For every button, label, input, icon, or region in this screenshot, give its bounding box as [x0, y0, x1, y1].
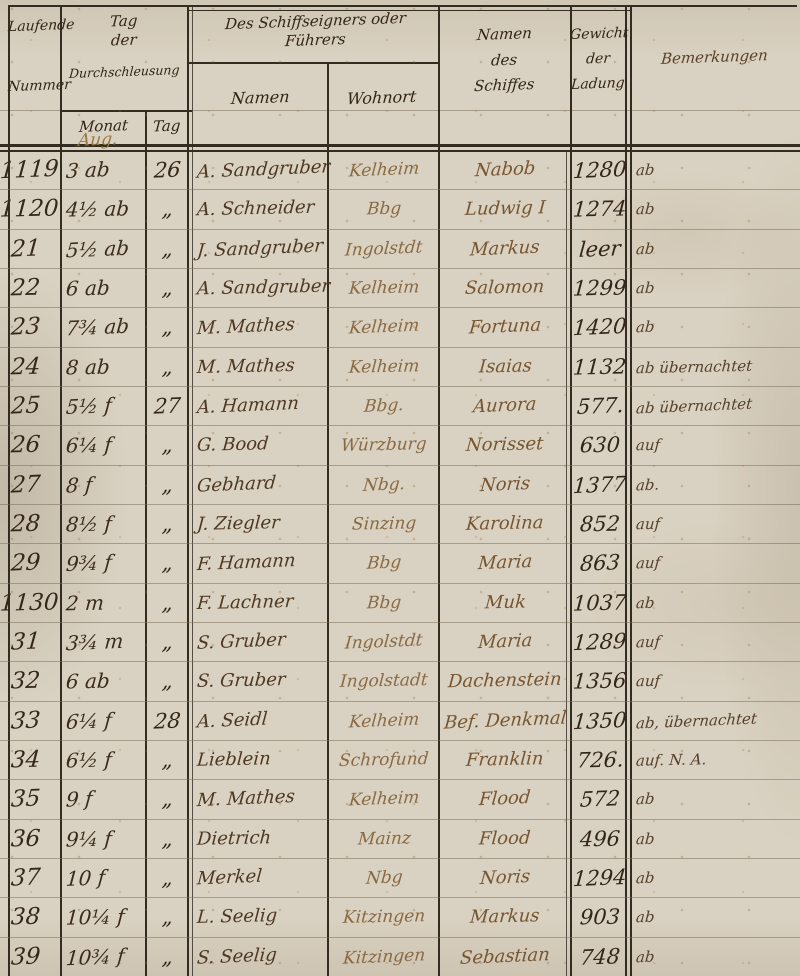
- table-rule-owner-sub: [187, 62, 438, 64]
- cell-running-number: 34: [0, 742, 52, 778]
- cell-lockage-time: 5½ ab: [66, 231, 148, 267]
- cell-lockage-time: 8 ab: [66, 349, 148, 385]
- cell-cargo-weight: 1377: [571, 467, 629, 503]
- header-ship-l2: des: [490, 47, 518, 73]
- cell-ship-name: Flood: [441, 781, 569, 817]
- cell-owner-home: Ingolstdt: [330, 624, 438, 660]
- cell-lockage-time: 9¼ f: [66, 821, 148, 857]
- cell-cargo-weight: 852: [571, 506, 629, 542]
- cell-owner-name: M. Mathes: [197, 309, 329, 345]
- header-day-title-l3: Durchschleusung: [68, 62, 180, 82]
- cell-cargo-weight: 1037: [571, 585, 629, 621]
- cell-owner-home: Kelheim: [330, 703, 438, 739]
- cell-ship-name: Dachenstein: [441, 663, 569, 699]
- header-owner-home-label: Wohnort: [347, 87, 418, 109]
- cell-lockage-day: „: [147, 427, 187, 463]
- cell-running-number: 25: [0, 388, 52, 424]
- header-number-column: Laufende Nummer: [8, 18, 60, 95]
- ledger-row: 25 5½ f 27 A. Hamann Bbg. Aurora 577. ab…: [0, 386, 800, 426]
- cell-owner-home: Kelheim: [330, 781, 438, 817]
- cell-owner-home: Würzburg: [330, 427, 438, 463]
- cell-lockage-day: „: [147, 467, 187, 503]
- ledger-row: 24 8 ab „ M. Mathes Kelheim Isaias 1132 …: [0, 347, 800, 387]
- cell-remark: ab: [636, 191, 796, 227]
- cell-running-number: 1120: [0, 191, 52, 227]
- header-day-title-l1: Tag: [110, 11, 139, 31]
- cell-lockage-day: „: [147, 663, 187, 699]
- ledger-row: 1120 4½ ab „ A. Schneider Bbg Ludwig I 1…: [0, 189, 800, 229]
- cell-owner-home: Bbg: [330, 545, 438, 581]
- cell-lockage-day: „: [147, 939, 187, 975]
- cell-cargo-weight: leer: [571, 231, 629, 267]
- cell-ship-name: Fortuna: [441, 309, 569, 345]
- cell-remark: auf: [636, 624, 796, 660]
- cell-remark: auf. N. A.: [636, 742, 796, 778]
- cell-remark: ab: [636, 860, 796, 896]
- cell-remark: auf: [636, 427, 796, 463]
- cell-remark: ab übernachtet: [636, 388, 796, 424]
- cell-running-number: 26: [0, 427, 52, 463]
- cell-cargo-weight: 1350: [571, 703, 629, 739]
- cell-lockage-time: 6½ f: [66, 742, 148, 778]
- cell-remark: ab: [636, 270, 796, 306]
- cell-owner-home: Nbg.: [330, 467, 438, 503]
- cell-ship-name: Ludwig I: [441, 191, 569, 227]
- ledger-row: 32 6 ab „ S. Gruber Ingolstadt Dachenste…: [0, 661, 800, 701]
- cell-owner-name: A. Schneider: [197, 191, 329, 227]
- ledger-row: 37 10 f „ Merkel Nbg Noris 1294 ab: [0, 858, 800, 898]
- cell-ship-name: Muk: [441, 585, 569, 621]
- ledger-row: 33 6¼ f 28 A. Seidl Kelheim Bef. Denkmal…: [0, 701, 800, 741]
- cell-lockage-time: 5½ f: [66, 388, 148, 424]
- cell-ship-name: Maria: [441, 624, 569, 660]
- cell-owner-home: Kelheim: [330, 309, 438, 345]
- cell-owner-home: Kitzingen: [330, 939, 438, 975]
- cell-lockage-day: „: [147, 585, 187, 621]
- cell-running-number: 36: [0, 821, 52, 857]
- ledger-row: 35 9 f „ M. Mathes Kelheim Flood 572 ab: [0, 779, 800, 819]
- cell-owner-name: F. Lachner: [197, 585, 329, 621]
- cell-owner-home: Kitzingen: [330, 899, 438, 935]
- cell-owner-name: J. Ziegler: [197, 506, 329, 542]
- cell-cargo-weight: 1356: [571, 663, 629, 699]
- cell-lockage-time: 8½ f: [66, 506, 148, 542]
- cell-owner-home: Bbg: [330, 585, 438, 621]
- cell-remark: auf: [636, 506, 796, 542]
- cell-running-number: 23: [0, 309, 52, 345]
- header-day-subcolumn: Tag: [147, 117, 187, 136]
- cell-cargo-weight: 496: [571, 821, 629, 857]
- cell-lockage-day: 28: [147, 703, 187, 739]
- cell-ship-name: Bef. Denkmal: [441, 703, 569, 739]
- cell-lockage-time: 7¾ ab: [66, 309, 148, 345]
- cell-owner-home: Nbg: [330, 860, 438, 896]
- ledger-row: 38 10¼ f „ L. Seelig Kitzingen Markus 90…: [0, 897, 800, 937]
- cell-ship-name: Sebastian: [441, 939, 569, 975]
- cell-lockage-time: 8 f: [66, 467, 148, 503]
- cell-cargo-weight: 577.: [571, 388, 629, 424]
- ledger-row: 28 8½ f „ J. Ziegler Sinzing Karolina 85…: [0, 504, 800, 544]
- cell-remark: ab: [636, 152, 796, 188]
- cell-owner-name: M. Mathes: [197, 349, 329, 385]
- ledger-row: 29 9¾ f „ F. Hamann Bbg Maria 863 auf: [0, 543, 800, 583]
- header-shipowner-l2: Führers: [284, 30, 346, 51]
- cell-running-number: 29: [0, 545, 52, 581]
- cell-lockage-time: 4½ ab: [66, 191, 148, 227]
- ledger-row: 27 8 f „ Gebhard Nbg. Noris 1377 ab.: [0, 465, 800, 505]
- cell-running-number: 33: [0, 703, 52, 739]
- cell-cargo-weight: 903: [571, 899, 629, 935]
- ledger-row: 21 5½ ab „ J. Sandgruber Ingolstdt Marku…: [0, 229, 800, 269]
- cell-remark: ab.: [636, 467, 796, 503]
- cell-cargo-weight: 1274: [571, 191, 629, 227]
- cell-lockage-day: „: [147, 860, 187, 896]
- cell-ship-name: Markus: [441, 899, 569, 935]
- cell-owner-name: A. Seidl: [197, 703, 329, 739]
- cell-owner-name: A. Sandgruber: [197, 152, 329, 188]
- table-rule-top-double: [187, 10, 630, 11]
- cell-owner-name: S. Gruber: [197, 663, 329, 699]
- cell-lockage-day: „: [147, 821, 187, 857]
- cell-ship-name: Franklin: [441, 742, 569, 778]
- cell-ship-name: Maria: [441, 545, 569, 581]
- cell-cargo-weight: 863: [571, 545, 629, 581]
- cell-owner-home: Kelheim: [330, 349, 438, 385]
- cell-owner-name: A. Hamann: [197, 388, 329, 424]
- cell-lockage-day: „: [147, 742, 187, 778]
- header-remarks-label: Bemerkungen: [660, 46, 768, 69]
- cell-lockage-day: „: [147, 545, 187, 581]
- cell-cargo-weight: 1294: [571, 860, 629, 896]
- cell-lockage-time: 10¼ f: [66, 899, 148, 935]
- cell-lockage-day: „: [147, 309, 187, 345]
- cell-running-number: 31: [0, 624, 52, 660]
- cell-running-number: 38: [0, 899, 52, 935]
- cell-remark: auf: [636, 545, 796, 581]
- ledger-row: 31 3¾ m „ S. Gruber Ingolstdt Maria 1289…: [0, 622, 800, 662]
- cell-owner-name: F. Hamann: [197, 545, 329, 581]
- cell-owner-name: G. Bood: [197, 427, 329, 463]
- header-weight-l3: Ladung: [570, 71, 625, 98]
- cell-running-number: 22: [0, 270, 52, 306]
- cell-owner-home: Bbg: [330, 191, 438, 227]
- cell-owner-home: Ingolstdt: [330, 231, 438, 267]
- cell-ship-name: Norisset: [441, 427, 569, 463]
- cell-ship-name: Noris: [441, 467, 569, 503]
- ledger-row: 39 10¾ f „ S. Seelig Kitzingen Sebastian…: [0, 937, 800, 976]
- cell-lockage-day: „: [147, 270, 187, 306]
- cell-ship-name: Karolina: [441, 506, 569, 542]
- ledger-row: 23 7¾ ab „ M. Mathes Kelheim Fortuna 142…: [0, 307, 800, 347]
- cell-lockage-day: „: [147, 624, 187, 660]
- cell-owner-name: Dietrich: [197, 821, 329, 857]
- cell-owner-name: Gebhard: [197, 467, 329, 503]
- cell-cargo-weight: 726.: [571, 742, 629, 778]
- cell-lockage-time: 6¼ f: [66, 427, 148, 463]
- cell-lockage-time: 10 f: [66, 860, 148, 896]
- cell-cargo-weight: 1420: [571, 309, 629, 345]
- month-annotation: Aug.: [78, 130, 118, 150]
- cell-remark: ab, übernachtet: [636, 703, 796, 739]
- header-day-title-l2: der: [111, 30, 138, 50]
- cell-owner-home: Kelheim: [330, 270, 438, 306]
- cell-owner-name: Lieblein: [197, 742, 329, 778]
- cell-running-number: 1119: [0, 152, 52, 188]
- cell-owner-home: Sinzing: [330, 506, 438, 542]
- cell-cargo-weight: 630: [571, 427, 629, 463]
- cell-running-number: 37: [0, 860, 52, 896]
- cell-remark: ab: [636, 939, 796, 975]
- cell-running-number: 35: [0, 781, 52, 817]
- cell-lockage-time: 6 ab: [66, 270, 148, 306]
- cell-ship-name: Flood: [441, 821, 569, 857]
- cell-cargo-weight: 1132: [571, 349, 629, 385]
- header-ship-l1: Namen: [476, 21, 533, 48]
- header-owner-home-subcolumn: Wohnort: [330, 88, 434, 108]
- cell-running-number: 32: [0, 663, 52, 699]
- ledger-row: 26 6¼ f „ G. Bood Würzburg Norisset 630 …: [0, 425, 800, 465]
- cell-cargo-weight: 748: [571, 939, 629, 975]
- header-cargo-weight: Gewicht der Ladung: [570, 22, 626, 98]
- header-weight-l2: der: [585, 47, 611, 73]
- cell-ship-name: Isaias: [441, 349, 569, 385]
- cell-lockage-time: 9 f: [66, 781, 148, 817]
- cell-ship-name: Noris: [441, 860, 569, 896]
- cell-ship-name: Aurora: [441, 388, 569, 424]
- cell-owner-name: L. Seelig: [197, 899, 329, 935]
- cell-owner-name: M. Mathes: [197, 781, 329, 817]
- header-weight-l1: Gewicht: [569, 21, 629, 48]
- cell-owner-name: Merkel: [197, 860, 329, 896]
- cell-running-number: 27: [0, 467, 52, 503]
- cell-remark: ab: [636, 821, 796, 857]
- cell-running-number: 28: [0, 506, 52, 542]
- cell-lockage-day: „: [147, 191, 187, 227]
- cell-cargo-weight: 1299: [571, 270, 629, 306]
- table-rule-top: [8, 5, 797, 7]
- header-owner-name-subcolumn: Namen: [196, 88, 324, 108]
- cell-remark: ab: [636, 309, 796, 345]
- cell-remark: ab: [636, 899, 796, 935]
- cell-lockage-day: 27: [147, 388, 187, 424]
- cell-ship-name: Nabob: [441, 152, 569, 188]
- header-owner-name-label: Namen: [230, 87, 290, 109]
- table-rule-header-sep-a: [0, 144, 800, 147]
- cell-remark: ab übernachtet: [636, 349, 796, 385]
- cell-running-number: 39: [0, 939, 52, 975]
- header-shipowner: Des Schiffseigners oder Führers: [192, 12, 438, 50]
- cell-lockage-time: 6¼ f: [66, 703, 148, 739]
- cell-ship-name: Salomon: [441, 270, 569, 306]
- cell-lockage-day: „: [147, 349, 187, 385]
- cell-lockage-time: 2 m: [66, 585, 148, 621]
- cell-lockage-day: „: [147, 899, 187, 935]
- cell-cargo-weight: 1289: [571, 624, 629, 660]
- month-annotation-text: Aug.: [77, 129, 118, 150]
- ledger-row: 1130 2 m „ F. Lachner Bbg Muk 1037 ab: [0, 583, 800, 623]
- ledger-page: Laufende Nummer Tag der Durchschleusung …: [0, 0, 800, 976]
- cell-lockage-day: „: [147, 781, 187, 817]
- header-day-of-lockage: Tag der Durchschleusung: [62, 12, 186, 80]
- cell-lockage-time: 3 ab: [66, 152, 148, 188]
- header-remarks: Bemerkungen: [634, 48, 794, 67]
- cell-cargo-weight: 572: [571, 781, 629, 817]
- header-ship-name: Namen des Schiffes: [440, 22, 568, 99]
- cell-lockage-day: 26: [147, 152, 187, 188]
- cell-owner-home: Ingolstadt: [330, 663, 438, 699]
- cell-running-number: 21: [0, 231, 52, 267]
- table-rule-monthday-sub: [60, 110, 192, 112]
- ledger-row: 34 6½ f „ Lieblein Schrofund Franklin 72…: [0, 740, 800, 780]
- header-day-label: Tag: [153, 116, 182, 136]
- cell-lockage-time: 9¾ f: [66, 545, 148, 581]
- cell-ship-name: Markus: [441, 231, 569, 267]
- ledger-row: 1119 3 ab 26 A. Sandgruber Kelheim Nabob…: [0, 150, 800, 190]
- cell-owner-home: Mainz: [330, 821, 438, 857]
- cell-owner-home: Schrofund: [330, 742, 438, 778]
- ledger-row: 22 6 ab „ A. Sandgruber Kelheim Salomon …: [0, 268, 800, 308]
- cell-lockage-day: „: [147, 231, 187, 267]
- ledger-row: 36 9¼ f „ Dietrich Mainz Flood 496 ab: [0, 819, 800, 859]
- header-ship-l3: Schiffes: [473, 72, 535, 100]
- cell-remark: auf: [636, 663, 796, 699]
- cell-remark: ab: [636, 585, 796, 621]
- cell-owner-home: Kelheim: [330, 152, 438, 188]
- cell-lockage-time: 3¾ m: [66, 624, 148, 660]
- cell-owner-name: S. Gruber: [197, 624, 329, 660]
- cell-lockage-time: 6 ab: [66, 663, 148, 699]
- cell-cargo-weight: 1280: [571, 152, 629, 188]
- cell-running-number: 24: [0, 349, 52, 385]
- cell-owner-name: S. Seelig: [197, 939, 329, 975]
- cell-owner-name: J. Sandgruber: [197, 231, 329, 267]
- cell-owner-name: A. Sandgruber: [197, 270, 329, 306]
- cell-running-number: 1130: [0, 585, 52, 621]
- cell-owner-home: Bbg.: [330, 388, 438, 424]
- cell-lockage-day: „: [147, 506, 187, 542]
- cell-remark: ab: [636, 781, 796, 817]
- cell-lockage-time: 10¾ f: [66, 939, 148, 975]
- cell-remark: ab: [636, 231, 796, 267]
